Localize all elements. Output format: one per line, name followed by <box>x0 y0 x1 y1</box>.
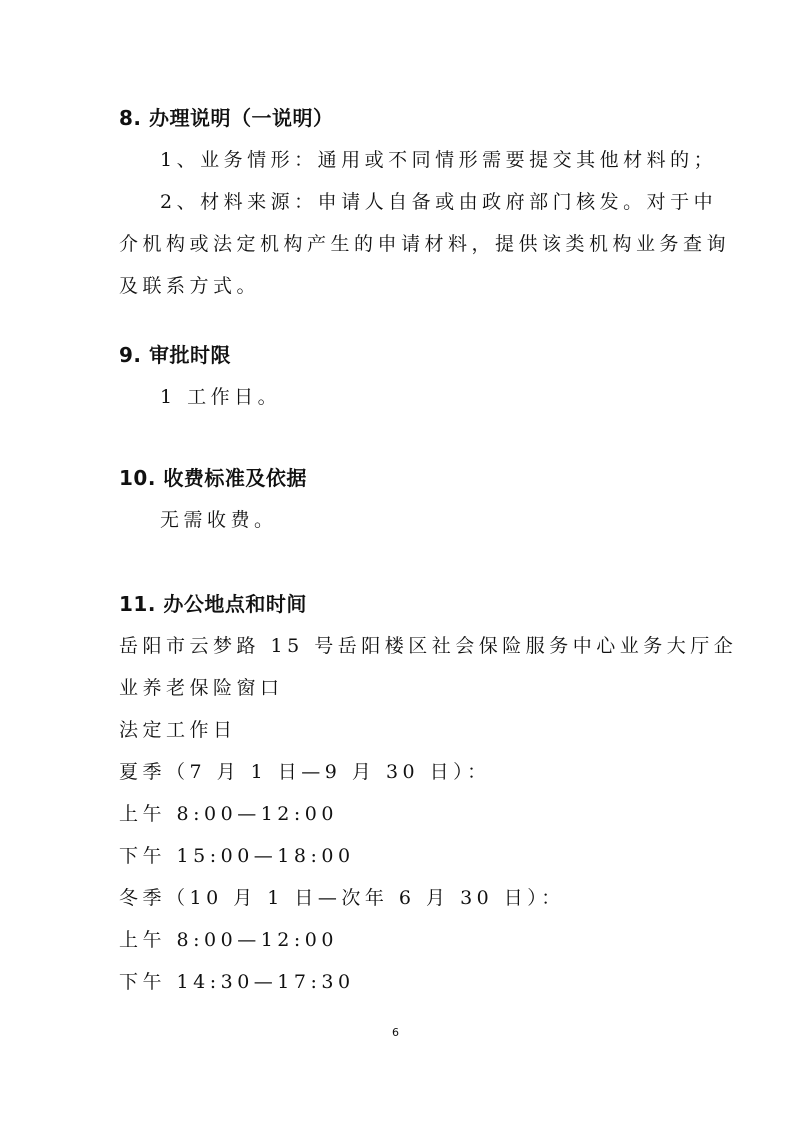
section-11-winter-pm: 下午 14:30—17:30 <box>119 968 355 996</box>
section-8-line-1: 1、业务情形：通用或不同情形需要提交其他材料的； <box>160 146 717 174</box>
section-11-winter-am: 上午 8:00—12:00 <box>119 926 338 954</box>
section-11-summer-label: 夏季（7 月 1 日—9 月 30 日）： <box>119 758 491 786</box>
section-8-line-2: 2、材料来源：申请人自备或由政府部门核发。对于中 <box>160 188 717 216</box>
section-8-line-3: 介机构或法定机构产生的申请材料，提供该类机构业务查询 <box>119 230 730 258</box>
section-10-heading: 10. 收费标准及依据 <box>119 464 307 492</box>
section-11-summer-am: 上午 8:00—12:00 <box>119 800 338 828</box>
section-11-heading: 11. 办公地点和时间 <box>119 590 307 618</box>
section-11-summer-pm: 下午 15:00—18:00 <box>119 842 355 870</box>
section-10-line-1: 无需收费。 <box>160 506 278 534</box>
section-11-winter-label: 冬季（10 月 1 日—次年 6 月 30 日）： <box>119 884 565 912</box>
section-11-workdays: 法定工作日 <box>119 716 237 744</box>
section-9-heading: 9. 审批时限 <box>119 341 231 369</box>
section-8-heading: 8. 办理说明（一说明） <box>119 104 333 132</box>
section-8-line-4: 及联系方式。 <box>119 272 260 300</box>
page-number: 6 <box>392 1026 399 1039</box>
section-11-address-line-2: 业养老保险窗口 <box>119 674 284 702</box>
section-11-address-line-1: 岳阳市云梦路 15 号岳阳楼区社会保险服务中心业务大厅企 <box>119 632 737 660</box>
section-9-line-1: 1 工作日。 <box>160 383 281 411</box>
document-page: 8. 办理说明（一说明） 1、业务情形：通用或不同情形需要提交其他材料的； 2、… <box>0 0 793 1122</box>
